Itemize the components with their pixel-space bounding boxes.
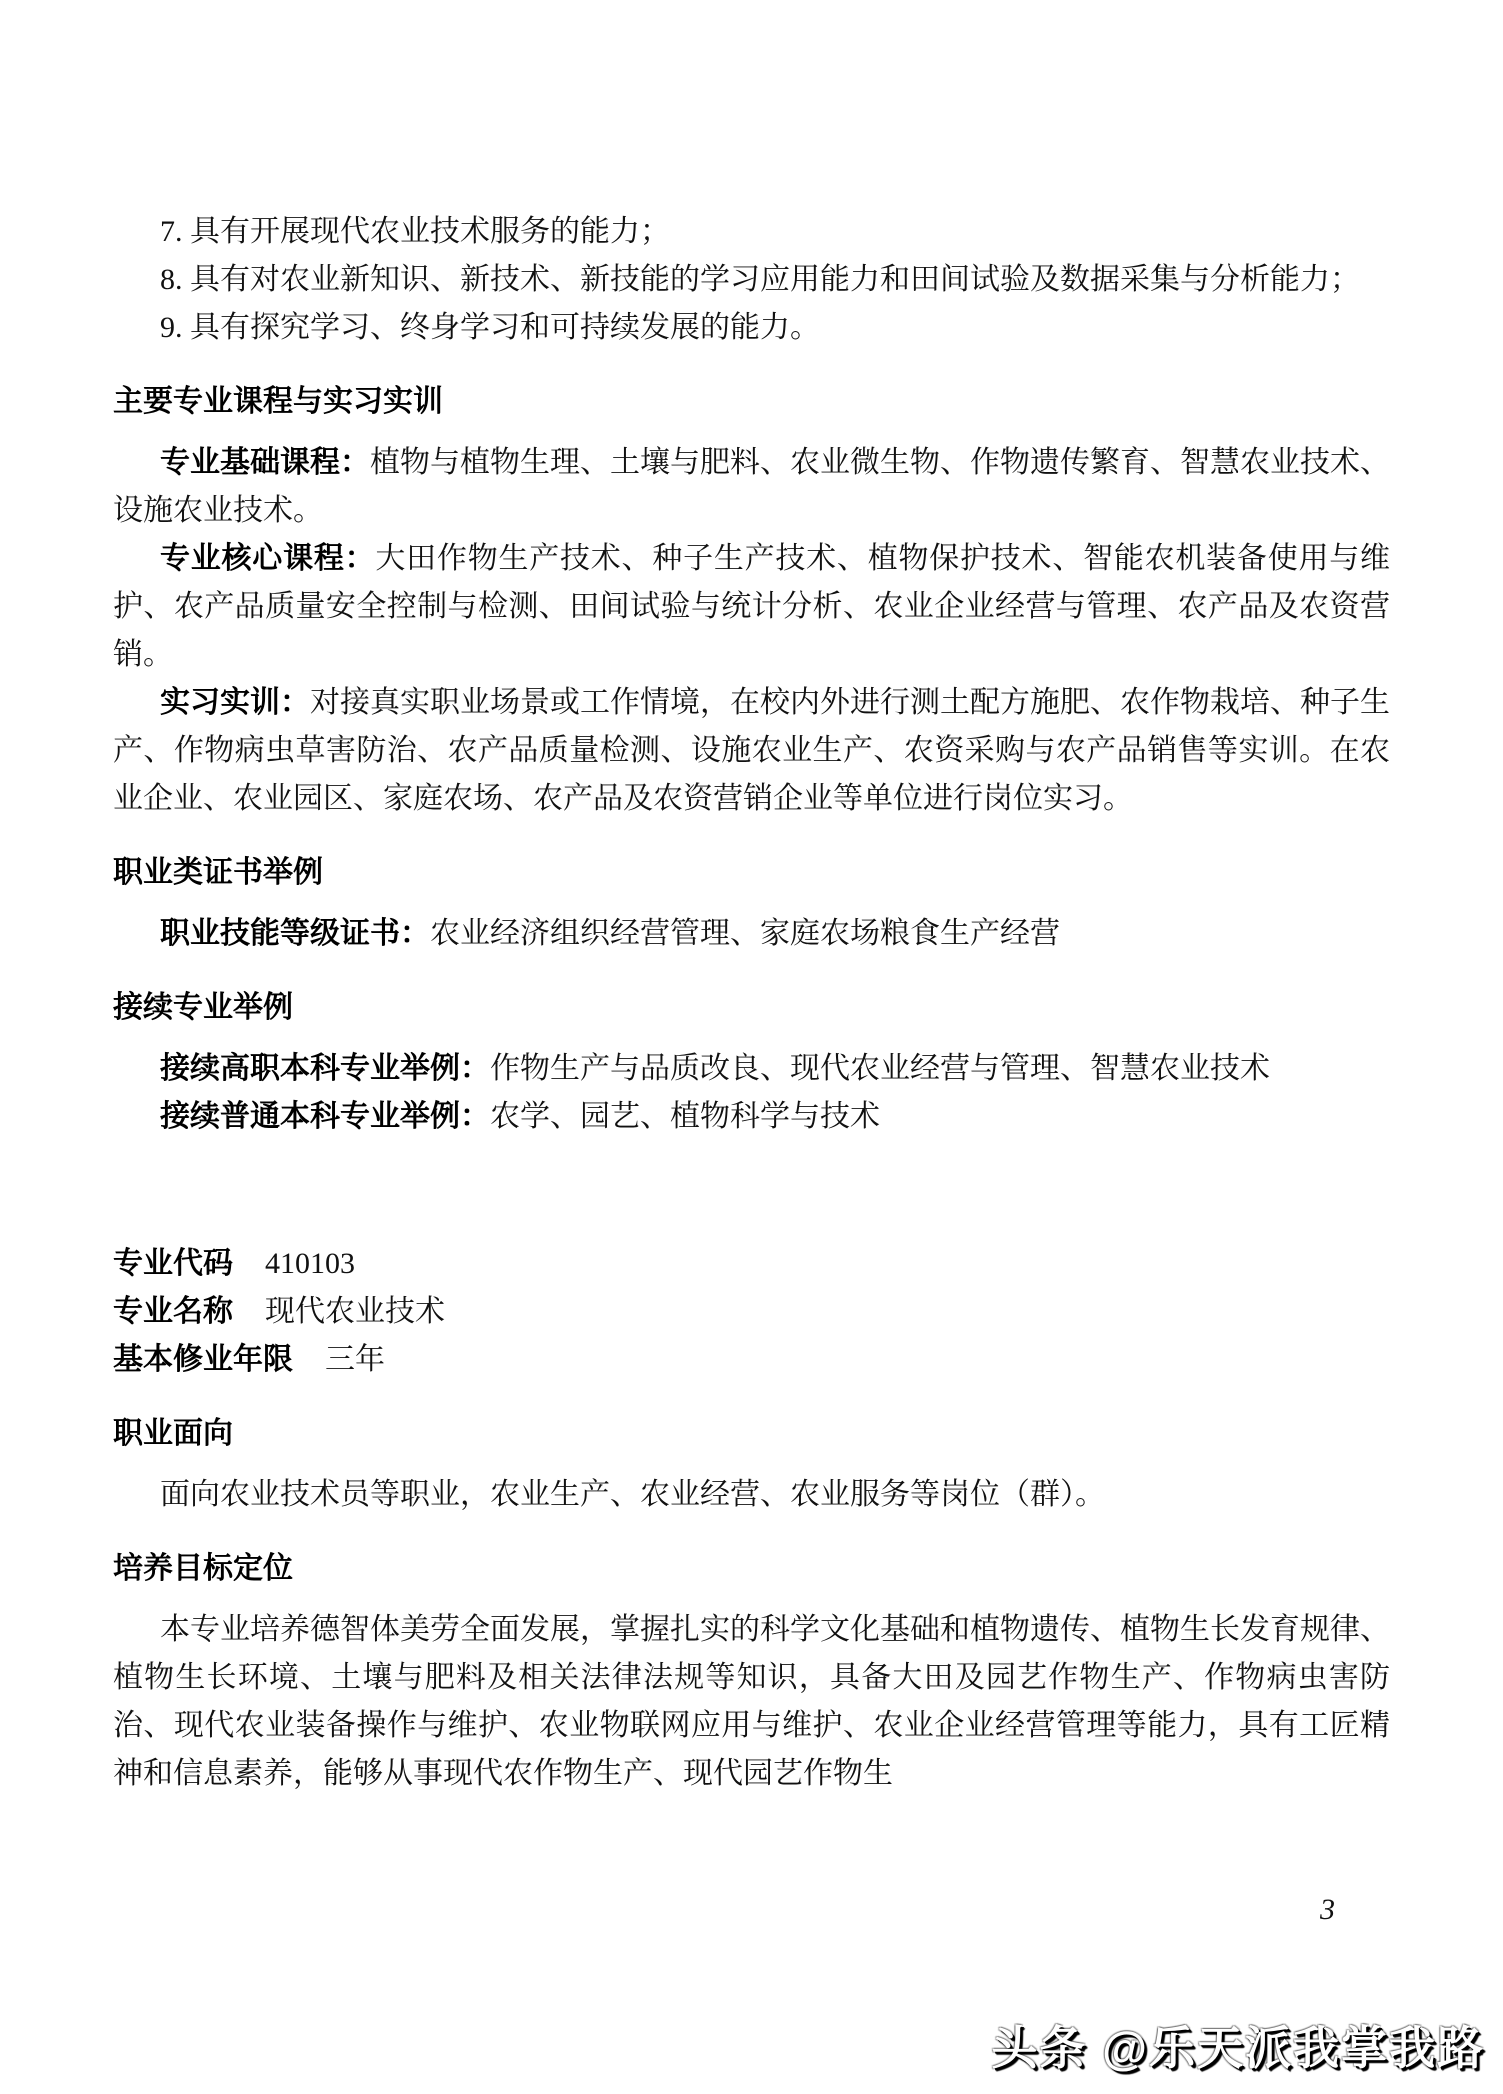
- label-basic-courses: 专业基础课程：: [160, 446, 370, 479]
- field-value-major-code: 410103: [265, 1247, 355, 1280]
- section-heading-certificates: 职业类证书举例: [113, 849, 1390, 897]
- field-major-name: 专业名称现代农业技术: [113, 1288, 1390, 1336]
- document-content: 7. 具有开展现代农业技术服务的能力； 8. 具有对农业新知识、新技术、新技能的…: [0, 0, 1503, 1798]
- page-number: 3: [1320, 1893, 1335, 1927]
- label-higher-vocational: 接续高职本科专业举例：: [160, 1052, 490, 1085]
- paragraph-training-goal: 本专业培养德智体美劳全面发展，掌握扎实的科学文化基础和植物遗传、植物生长发育规律…: [113, 1606, 1390, 1798]
- paragraph-practice-training: 实习实训：对接真实职业场景或工作情境，在校内外进行测土配方施肥、农作物栽培、种子…: [113, 679, 1390, 823]
- label-practice-training: 实习实训：: [160, 686, 310, 719]
- paragraph-basic-courses: 专业基础课程：植物与植物生理、土壤与肥料、农业微生物、作物遗传繁育、智慧农业技术…: [113, 439, 1390, 535]
- section-heading-courses: 主要专业课程与实习实训: [113, 378, 1390, 426]
- paragraph-skill-certificate: 职业技能等级证书：农业经济组织经营管理、家庭农场粮食生产经营: [113, 910, 1390, 958]
- field-major-code: 专业代码410103: [113, 1240, 1390, 1288]
- section-heading-continuation: 接续专业举例: [113, 984, 1390, 1032]
- field-label-major-code: 专业代码: [113, 1247, 233, 1280]
- text-higher-vocational: 作物生产与品质改良、现代农业经营与管理、智慧农业技术: [490, 1052, 1270, 1085]
- ability-item-9: 9. 具有探究学习、终身学习和可持续发展的能力。: [113, 304, 1390, 352]
- text-regular-undergraduate: 农学、园艺、植物科学与技术: [490, 1100, 880, 1133]
- watermark-text: 头条 @乐天派我掌我路: [991, 2012, 1485, 2078]
- label-skill-certificate: 职业技能等级证书：: [160, 917, 430, 950]
- paragraph-higher-vocational: 接续高职本科专业举例：作物生产与品质改良、现代农业经营与管理、智慧农业技术: [113, 1045, 1390, 1093]
- paragraph-regular-undergraduate: 接续普通本科专业举例：农学、园艺、植物科学与技术: [113, 1093, 1390, 1141]
- paragraph-occupation: 面向农业技术员等职业，农业生产、农业经营、农业服务等岗位（群）。: [113, 1471, 1390, 1519]
- ability-item-8: 8. 具有对农业新知识、新技术、新技能的学习应用能力和田间试验及数据采集与分析能…: [113, 256, 1390, 304]
- field-study-duration: 基本修业年限三年: [113, 1336, 1390, 1384]
- text-skill-certificate: 农业经济组织经营管理、家庭农场粮食生产经营: [430, 917, 1060, 950]
- label-regular-undergraduate: 接续普通本科专业举例：: [160, 1100, 490, 1133]
- major-info-block: 专业代码410103 专业名称现代农业技术 基本修业年限三年: [113, 1240, 1390, 1384]
- ability-item-7: 7. 具有开展现代农业技术服务的能力；: [113, 208, 1390, 256]
- field-value-major-name: 现代农业技术: [265, 1295, 445, 1328]
- document-page: 7. 具有开展现代农业技术服务的能力； 8. 具有对农业新知识、新技术、新技能的…: [0, 0, 1503, 2094]
- paragraph-core-courses: 专业核心课程：大田作物生产技术、种子生产技术、植物保护技术、智能农机装备使用与维…: [113, 535, 1390, 679]
- label-core-courses: 专业核心课程：: [160, 542, 375, 575]
- field-value-study-duration: 三年: [325, 1343, 385, 1376]
- field-label-study-duration: 基本修业年限: [113, 1343, 293, 1376]
- field-label-major-name: 专业名称: [113, 1295, 233, 1328]
- section-heading-occupation: 职业面向: [113, 1410, 1390, 1458]
- section-heading-training-goal: 培养目标定位: [113, 1545, 1390, 1593]
